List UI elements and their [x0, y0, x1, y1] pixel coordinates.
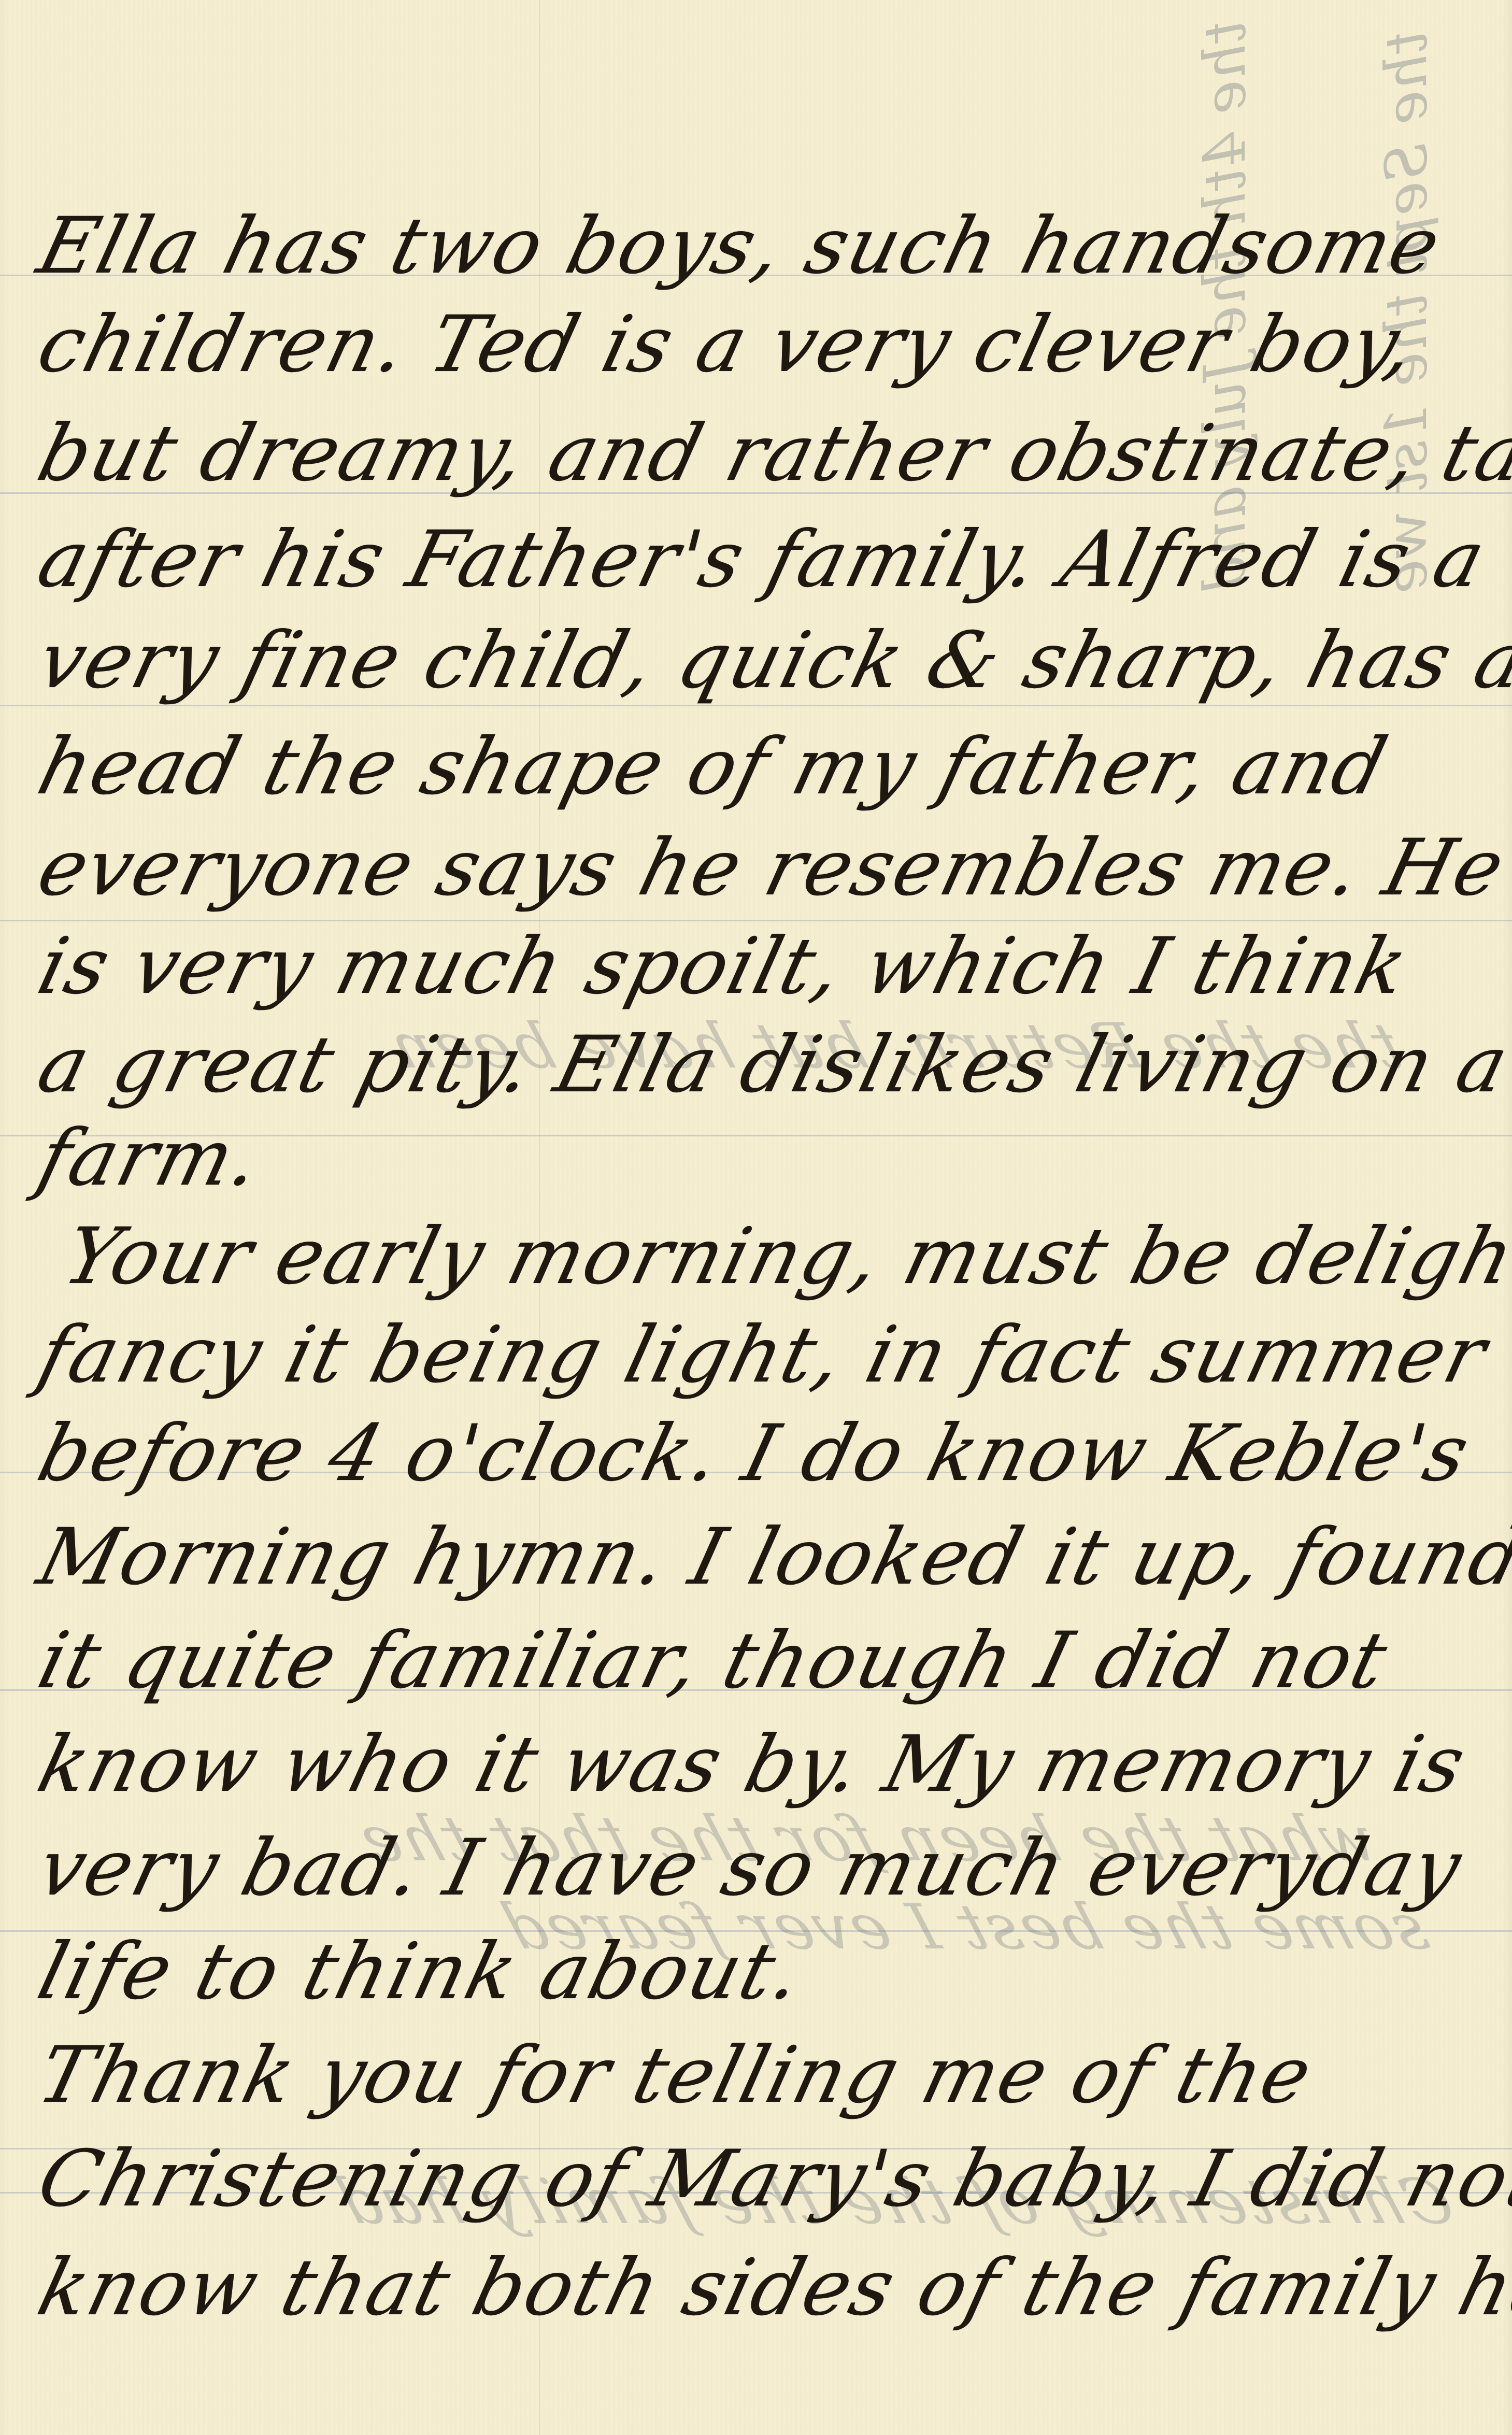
letter-line: very bad. I have so much everyday: [31, 1829, 1512, 1907]
letter-line: head the shape of my father, and: [31, 728, 1512, 806]
letter-line: before 4 o'clock. I do know Keble's: [31, 1415, 1512, 1492]
letter-line: a great pity. Ella dislikes living on a: [31, 1026, 1512, 1104]
letter-line: is very much spoilt, which I think: [31, 928, 1512, 1005]
letter-line: children. Ted is a very clever boy,: [31, 306, 1512, 383]
letter-line: farm.: [31, 1119, 1512, 1197]
letter-line: it quite familiar, though I did not: [31, 1622, 1512, 1700]
letter-line: Morning hymn. I looked it up, found: [31, 1518, 1512, 1596]
letter-line: very fine child, quick & sharp, has a: [31, 622, 1512, 700]
letter-line: fancy it being light, in fact summer: [31, 1316, 1512, 1394]
letter-body: Ella has two boys, such handsome childre…: [0, 0, 1512, 2435]
letter-line: life to think about.: [31, 1933, 1512, 2011]
letter-line: know that both sides of the family had: [31, 2249, 1512, 2327]
letter-line: Christening of Mary's baby, I did not: [31, 2140, 1512, 2218]
letter-line: everyone says he resembles me. He: [31, 829, 1512, 907]
letter-line: Your early morning, must be delightful: [57, 1218, 1512, 1295]
letter-line: after his Father's family. Alfred is a: [31, 521, 1512, 599]
letter-line: know who it was by. My memory is: [31, 1726, 1512, 1803]
letter-line: Ella has two boys, such handsome: [31, 207, 1512, 285]
letter-line: but dreamy, and rather obstinate, takes: [31, 415, 1512, 492]
letter-line: Thank you for telling me of the: [31, 2037, 1512, 2114]
